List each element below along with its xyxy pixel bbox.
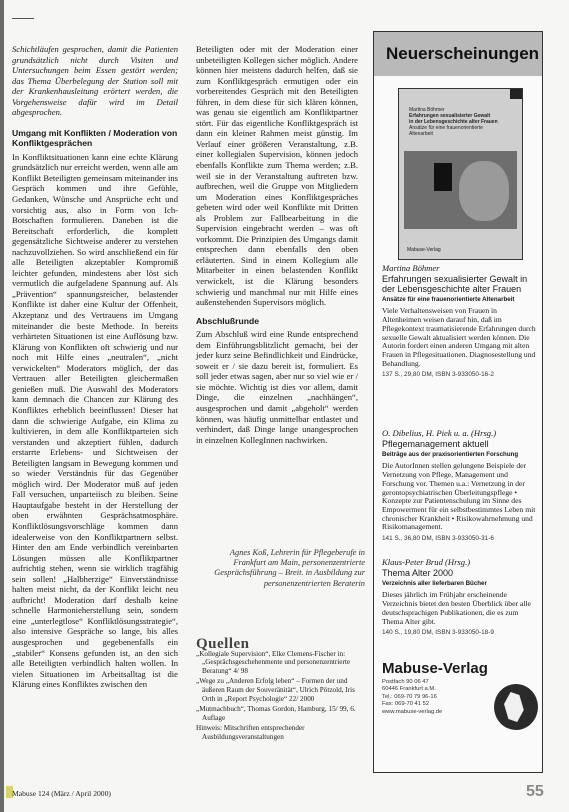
cover-subtitle-line: Altenarbeit [409, 131, 509, 137]
book-description: Viele Verhaltensweisen von Frauen in Alt… [382, 307, 536, 368]
cover-corner-mark [510, 89, 522, 99]
book-author: O. Dibelius, H. Piek u. a. (Hrsg.) [382, 429, 536, 438]
publisher-name: Mabuse-Verlag [382, 660, 542, 677]
page-binding-edge [0, 0, 4, 812]
book-title: Thema Alter 2000 [382, 568, 536, 578]
book-author: Klaus-Peter Brud (Hrsg.) [382, 558, 536, 567]
logo-figure [504, 692, 526, 722]
cover-text: Martina Böhmer Erfahrungen sexualisierte… [409, 107, 509, 137]
source-item: „Mutmachbuch“, Thomas Gordon, Hamburg, 1… [196, 705, 361, 722]
book-subtitle: Ansätze für eine frauenorientierte Alten… [382, 296, 536, 305]
section-text-abschlussrunde: Zum Abschluß wird eine Runde entsprechen… [196, 329, 358, 445]
new-releases-sidebar: Neuerscheinungen Martina Böhmer Erfahrun… [373, 31, 543, 773]
book-entry: O. Dibelius, H. Piek u. a. (Hrsg.) Pfleg… [382, 429, 536, 544]
section-text-konflikte-part1: In Konfliktsituationen kann eine echte K… [12, 152, 178, 690]
sources-section: Quellen „Kollegiale Supervision“, Elke C… [196, 640, 361, 744]
page-number: 55 [526, 783, 544, 801]
cover-photo [404, 151, 517, 229]
author-note: Agnes Koß, Lehrerin für Pflegeberufe in … [200, 548, 365, 589]
book-subtitle: Beiträge aus der praxisorientierten Fors… [382, 451, 536, 460]
sidebar-title: Neuerscheinungen [386, 44, 539, 64]
book-meta: 140 S., 19,80 DM, ISBN 3-933050-18-9 [382, 629, 536, 638]
book-description: Dieses jährlich im Frühjahr erscheinende… [382, 591, 536, 626]
article-intro: Schichtläufen gesprochen, damit die Pati… [12, 44, 178, 118]
book-title: Pflegemanagement aktuell [382, 439, 536, 449]
cover-photo-portrait [459, 161, 509, 221]
cover-publisher: Mabuse-Verlag [407, 247, 441, 253]
book-meta: 137 S., 29,80 DM, ISBN 3-933050-16-2 [382, 371, 536, 380]
book-meta: 141 S., 36,80 DM, ISBN 3-933050-31-6 [382, 535, 536, 544]
section-text-konflikte-part2: Beteiligten oder mit der Moderation eine… [196, 44, 358, 308]
article-column-left: Schichtläufen gesprochen, damit die Pati… [12, 44, 178, 690]
sidebar-header: Neuerscheinungen [374, 32, 542, 76]
book-author: Martina Böhmer [382, 264, 536, 273]
book-entry: Klaus-Peter Brud (Hrsg.) Thema Alter 200… [382, 558, 536, 638]
book-description: Die AutorInnen stellen gelungene Beispie… [382, 462, 536, 532]
book-entry: Martina Böhmer Erfahrungen sexualisierte… [382, 264, 536, 380]
article-column-middle: Beteiligten oder mit der Moderation eine… [196, 44, 358, 445]
book-title: Erfahrungen sexualisierter Gewalt in der… [382, 274, 536, 294]
top-rule [12, 18, 34, 19]
section-heading-konflikte: Umgang mit Konflikten / Moderation von K… [12, 128, 178, 149]
publisher-logo-icon [494, 684, 538, 730]
source-item: Hinweis: Mitschriften entsprechender Aus… [196, 724, 361, 741]
source-item: „Kollegiale Supervision“, Elke Clemens-F… [196, 650, 361, 676]
cover-photo-shadow [434, 163, 452, 191]
sources-list: „Kollegiale Supervision“, Elke Clemens-F… [196, 650, 361, 742]
issue-footer: Mabuse 124 (März / April 2000) [12, 789, 111, 798]
source-item: „Wege zu „Anderen Erfolg leben“ – Formen… [196, 677, 361, 703]
book-cover-image: Martina Böhmer Erfahrungen sexualisierte… [398, 88, 523, 260]
sources-heading: Quellen [196, 640, 361, 649]
section-heading-abschlussrunde: Abschlußrunde [196, 316, 358, 327]
book-subtitle: Verzeichnis aller lieferbaren Bücher [382, 580, 536, 589]
